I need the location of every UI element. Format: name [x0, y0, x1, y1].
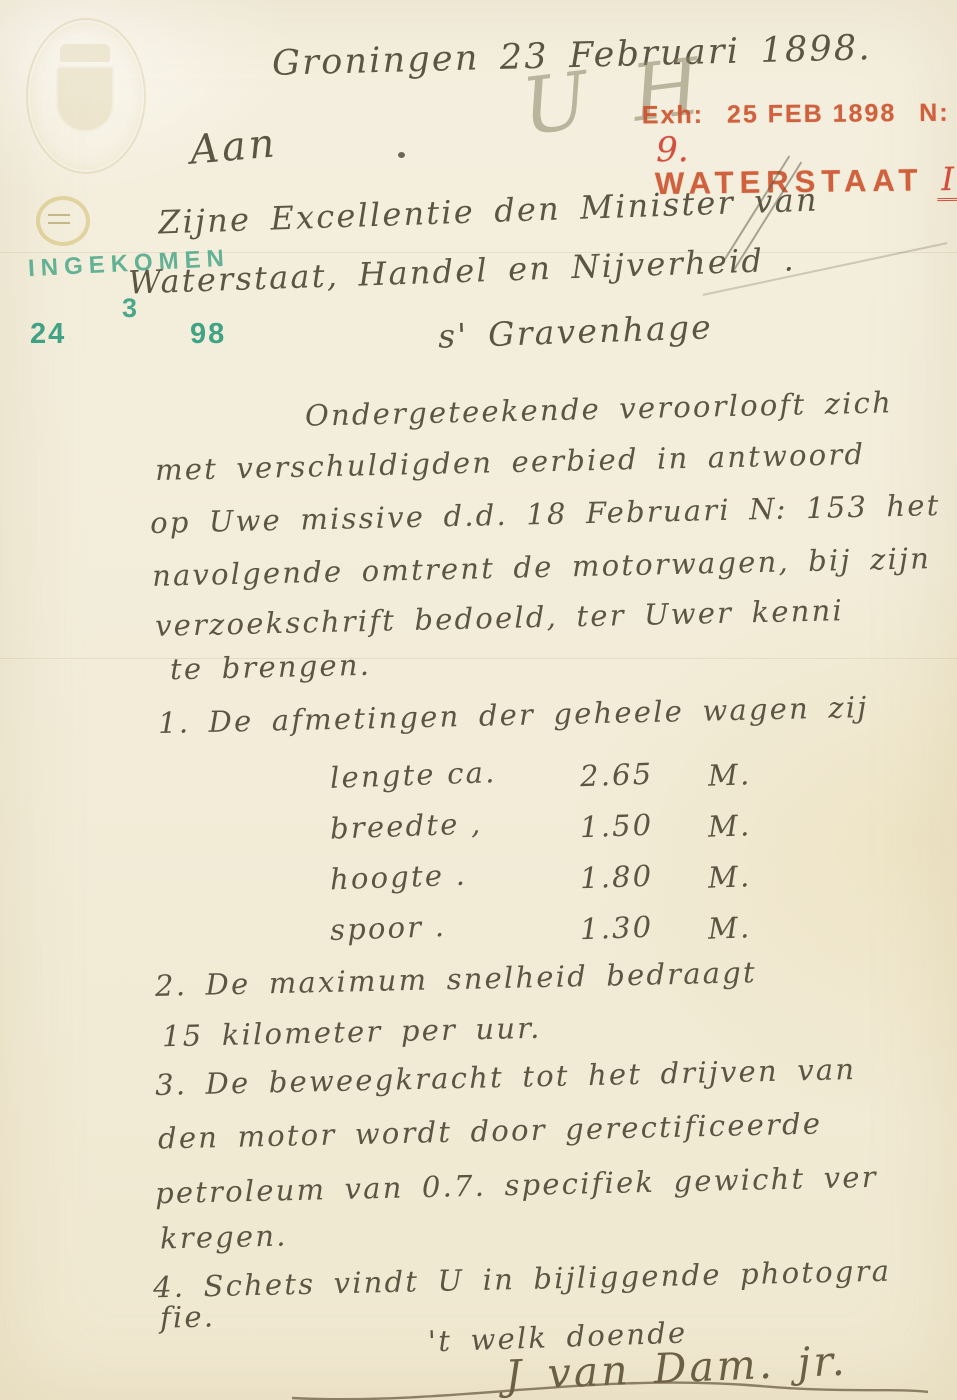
measurement-row: spoor . 1.30 M. [330, 911, 800, 955]
item3-line: petroleum van 0.7. specifiek gewicht ver [155, 1160, 878, 1210]
registry-stamp-right-number: 98 [190, 318, 226, 351]
item2-line: 15 kilometer per uur. [162, 1011, 542, 1054]
small-round-stamp-icon [36, 196, 90, 246]
body-line: met verschuldigden eerbied in antwoord [155, 437, 866, 487]
body-line: op Uwe missive d.d. 18 Februari N: 153 h… [150, 488, 941, 540]
measurement-value: 1.30 [579, 910, 654, 947]
body-line: Ondergeteekende veroorlooft zich [305, 385, 894, 432]
stamp-mark [48, 222, 70, 224]
body-line: te brengen. [170, 648, 372, 687]
measurement-value: 1.50 [579, 808, 654, 845]
received-stamp-number-label: N: [919, 99, 950, 127]
measurement-row: breedte , 1.50 M. [330, 809, 800, 853]
measurement-value: 1.80 [579, 859, 654, 896]
measurement-unit: M. [707, 757, 751, 792]
recipient-line1: Zijne Excellentie den Minister van [158, 180, 820, 241]
measurement-unit: M. [707, 808, 751, 843]
salutation: Aan [188, 120, 279, 173]
measurement-label: breedte , [329, 806, 482, 845]
registry-stamp-left-number: 24 [30, 318, 66, 351]
department-roman-mark: I [937, 160, 957, 201]
item1-heading: 1. De afmetingen der geheele wagen zij [158, 690, 869, 740]
measurement-label: lengte ca. [329, 755, 497, 795]
measurement-unit: M. [707, 910, 751, 945]
item2-line: 2. De maximum snelheid bedraagt [155, 955, 757, 1003]
measurement-label: spoor . [329, 909, 446, 947]
received-stamp-date: 25 FEB 1898 [727, 99, 897, 128]
signature-flourish [290, 1376, 930, 1400]
seal-crown [60, 44, 110, 62]
stamp-mark [48, 214, 70, 216]
item3-line: 3. De beweegkracht tot het drijven van [155, 1052, 857, 1102]
measurement-label: hoogte . [329, 858, 467, 897]
measurement-unit: M. [707, 859, 751, 894]
ink-dot [398, 152, 405, 158]
item3-line: kregen. [160, 1219, 288, 1256]
embossed-seal-icon [26, 18, 148, 178]
measurement-value: 2.65 [579, 757, 654, 794]
measurement-row: hoogte . 1.80 M. [330, 860, 800, 904]
received-stamp-prefix: Exh: [642, 101, 704, 130]
body-line: verzoekschrift bedoeld, ter Uwer kenni [155, 593, 845, 643]
item4-line: 4. Schets vindt U in bijliggende photogr… [153, 1254, 892, 1305]
body-line: navolgende omtrent de motorwagen, bij zi… [152, 541, 932, 593]
paper-crease [0, 658, 957, 659]
item4-line: fie. [160, 1299, 216, 1334]
address-city: s' Gravenhage [437, 307, 713, 356]
letter-page: Groningen 23 Februari 1898. U H Exh: 25 … [0, 0, 957, 1400]
measurement-row: lengte ca. 2.65 M. [330, 758, 800, 802]
seal-shield [56, 66, 114, 132]
item3-line: den motor wordt door gerectificeerde [158, 1106, 823, 1155]
